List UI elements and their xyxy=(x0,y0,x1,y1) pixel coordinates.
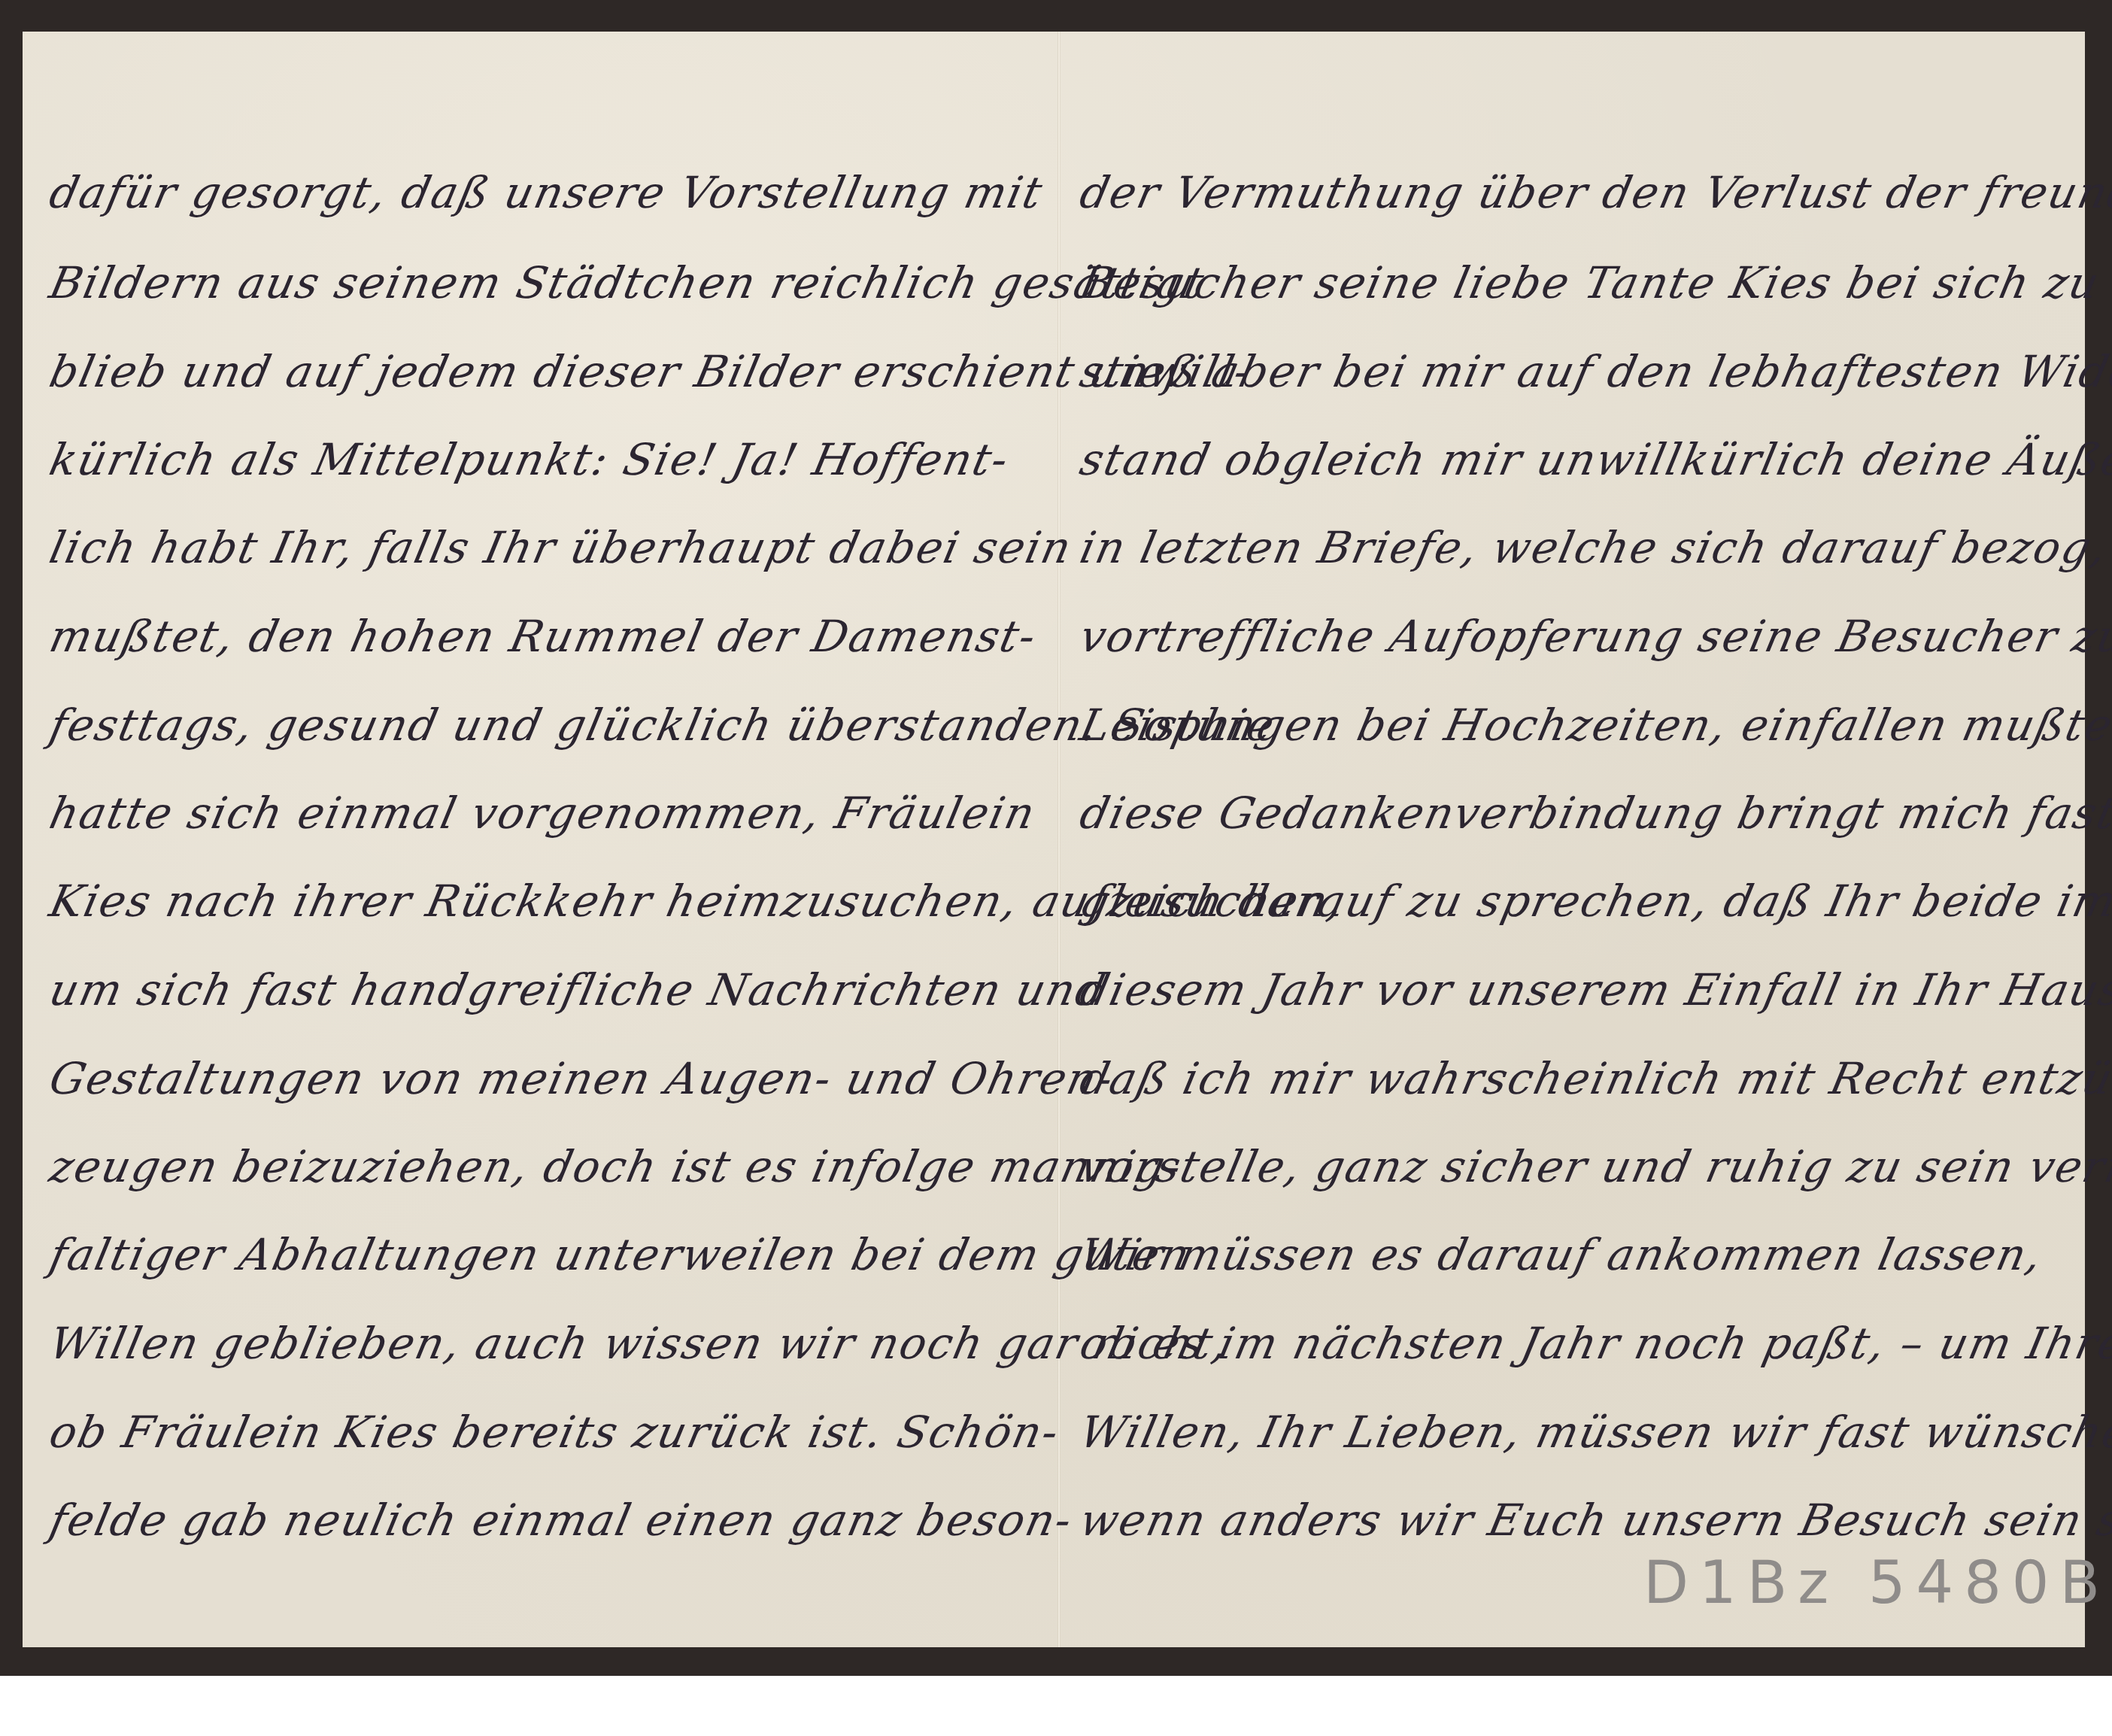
handwritten-line: Gestaltungen von meinen Augen- und Ohren… xyxy=(45,1053,1119,1104)
handwritten-line: Willen geblieben, auch wissen wir noch g… xyxy=(45,1318,1234,1369)
handwritten-line: faltiger Abhaltungen unterweilen bei dem… xyxy=(45,1229,1195,1280)
handwritten-line: gleich darauf zu sprechen, daß Ihr beide… xyxy=(1076,876,2112,927)
handwritten-line: daß ich mir wahrscheinlich mit Recht ent… xyxy=(1076,1053,2112,1104)
letter-sheet: dafür gesorgt, daß unsere Vorstellung mi… xyxy=(23,32,2085,1647)
handwritten-line: stand obgleich mir unwillkürlich deine Ä… xyxy=(1076,434,2112,485)
handwritten-line: dafür gesorgt, daß unsere Vorstellung mi… xyxy=(45,167,1048,218)
handwritten-line: felde gab neulich einmal einen ganz beso… xyxy=(45,1495,1078,1546)
handwritten-line: zeugen beizuziehen, doch ist es infolge … xyxy=(45,1141,1187,1192)
handwritten-line: Bildern aus seinem Städtchen reichlich g… xyxy=(45,257,1209,308)
archive-shelfmark: D1Bz 5480B xyxy=(1643,1549,2110,1617)
handwritten-line: kürlich als Mittelpunkt: Sie! Ja! Hoffen… xyxy=(45,434,1014,485)
handwritten-line: ob es im nächsten Jahr noch paßt, – um I… xyxy=(1076,1318,2112,1369)
handwritten-line: diesem Jahr vor unserem Einfall in Ihr H… xyxy=(1076,964,2112,1015)
handwritten-line: in letzten Briefe, welche sich darauf be… xyxy=(1076,522,2112,573)
handwritten-line: hatte sich einmal vorgenommen, Fräulein xyxy=(45,788,1041,839)
handwritten-line: um sich fast handgreifliche Nachrichten … xyxy=(45,964,1111,1015)
handwritten-line: blieb und auf jedem dieser Bilder erschi… xyxy=(45,346,1257,397)
handwritten-line: wenn anders wir Euch unsern Besuch sein … xyxy=(1076,1495,2112,1546)
handwritten-line: ob Fräulein Kies bereits zurück ist. Sch… xyxy=(45,1407,1064,1458)
handwritten-line: stieß aber bei mir auf den lebhaftesten … xyxy=(1076,346,2112,397)
handwritten-line: lich habt Ihr, falls Ihr überhaupt dabei… xyxy=(45,522,1077,573)
handwritten-line: mußtet, den hohen Rummel der Damenst- xyxy=(45,611,1042,662)
handwritten-line: vorstelle, ganz sicher und ruhig zu sein… xyxy=(1076,1141,2112,1192)
handwritten-line: vortreffliche Aufopferung seine Besucher… xyxy=(1076,611,2112,662)
handwritten-line: Willen, Ihr Lieben, müssen wir fast wüns… xyxy=(1076,1407,2112,1458)
handwritten-line: Wir müssen es darauf ankommen lassen, xyxy=(1076,1229,2047,1280)
dark-mount-background: dafür gesorgt, daß unsere Vorstellung mi… xyxy=(0,0,2112,1676)
handwritten-line: Leistungen bei Hochzeiten, einfallen muß… xyxy=(1076,700,2112,751)
handwritten-line: der Vermuthung über den Verlust der freu… xyxy=(1076,167,2112,218)
handwritten-line: Besucher seine liebe Tante Kies bei sich… xyxy=(1076,257,2112,308)
handwritten-line: diese Gedankenverbindung bringt mich fas… xyxy=(1076,788,2112,839)
